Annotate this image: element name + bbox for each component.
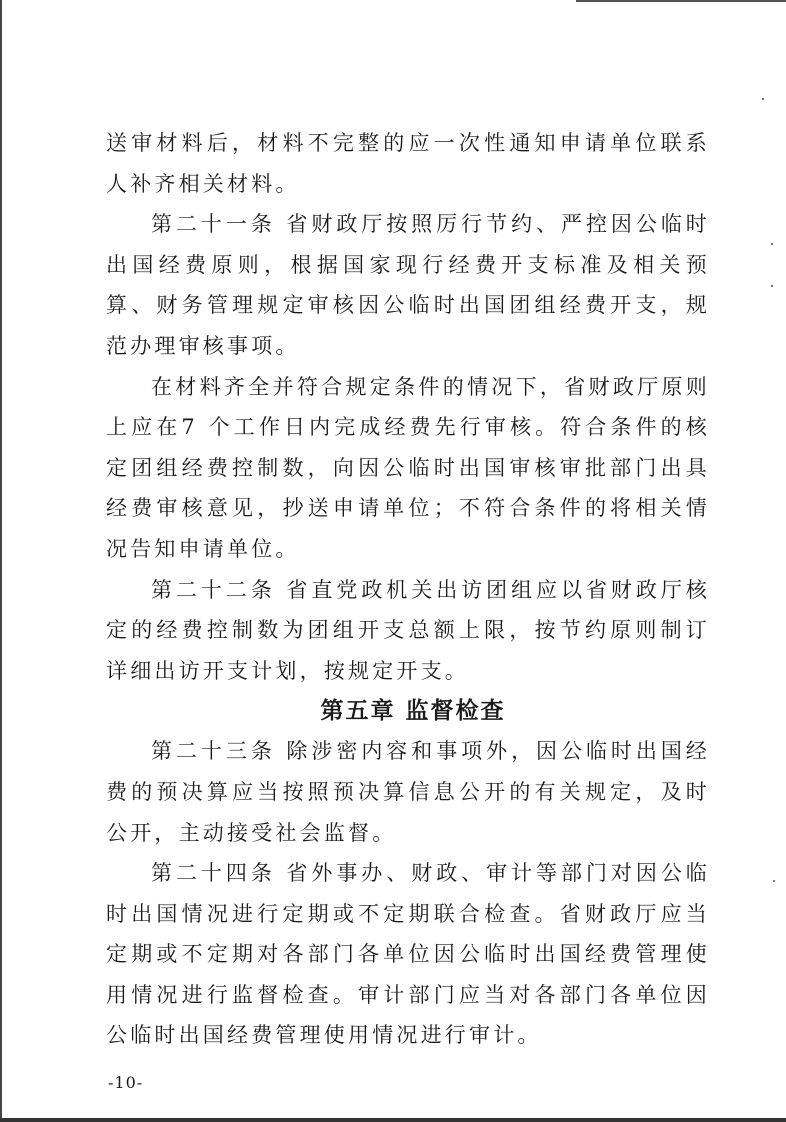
paragraph-continuation: 送审材料后，材料不完整的应一次性通知申请单位联系人补齐相关材料。 [106,123,710,204]
document-body: 送审材料后，材料不完整的应一次性通知申请单位联系人补齐相关材料。 第二十一条 省… [106,123,710,1056]
page-number: -10- [108,1073,143,1092]
scan-edge-top [576,0,786,2]
scan-edge-bottom [0,1118,786,1122]
article-24: 第二十四条 省外事办、财政、审计等部门对因公临时出国情况进行定期或不定期联合检查… [106,853,710,1056]
scan-speck [762,98,764,100]
scan-speck [773,880,775,882]
article-21: 第二十一条 省财政厅按照厉行节约、严控因公临时出国经费原则，根据国家现行经费开支… [106,204,710,366]
chapter-heading: 第五章 监督检查 [106,691,710,731]
scan-edge-left [0,0,2,1122]
article-22: 第二十二条 省直党政机关出访团组应以省财政厅核定的经费控制数为团组开支总额上限，… [106,570,710,692]
article-23: 第二十三条 除涉密内容和事项外，因公临时出国经费的预决算应当按照预决算信息公开的… [106,731,710,853]
scan-speck [771,285,773,287]
scan-speck [771,243,773,245]
article-21-paragraph-2: 在材料齐全并符合规定条件的情况下，省财政厅原则上应在7 个工作日内完成经费先行审… [106,367,710,570]
